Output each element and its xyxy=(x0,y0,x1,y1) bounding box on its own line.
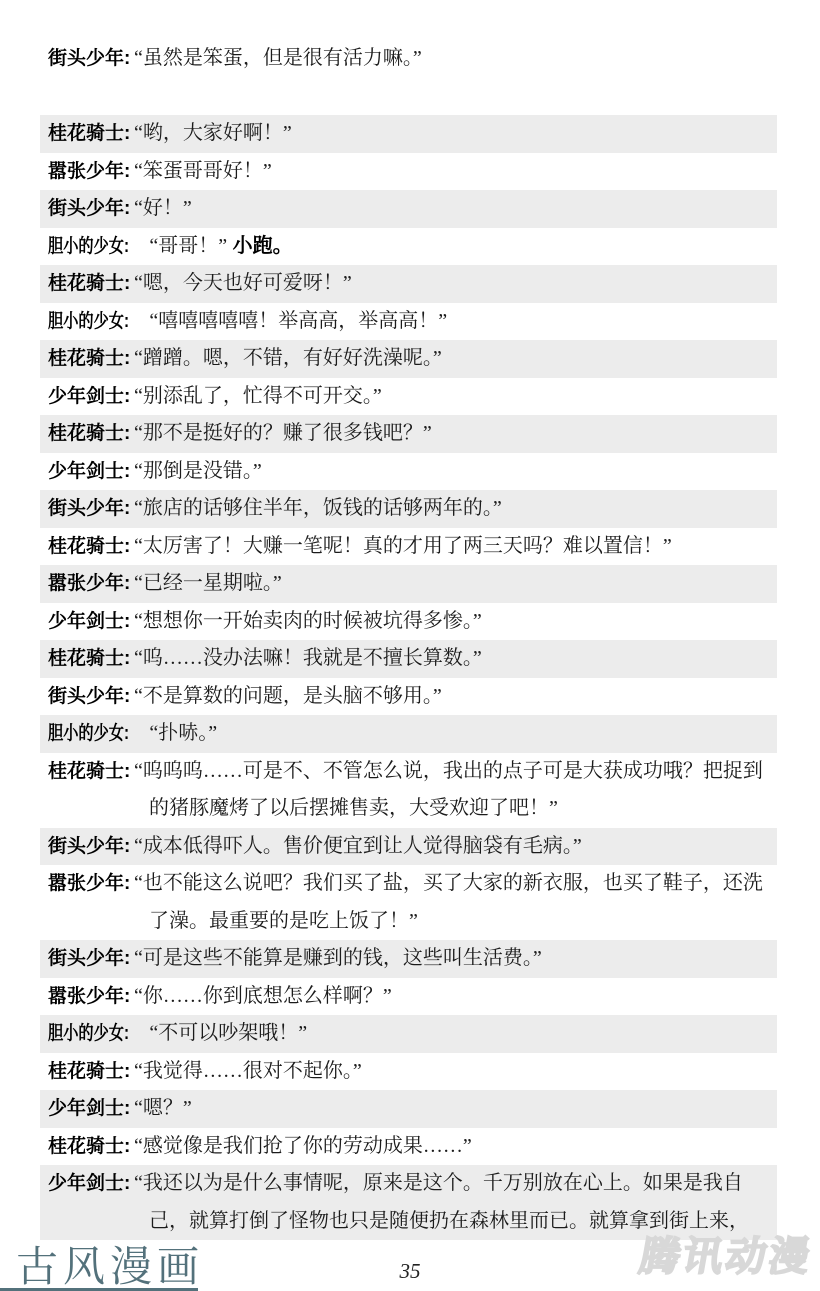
dialogue-row: 嚣张少年:“笨蛋哥哥好！” xyxy=(40,153,777,191)
dialogue-row: 桂花骑士:“哟，大家好啊！” xyxy=(40,115,777,153)
dialogue-text: “呜……没办法嘛！我就是不擅长算数。” xyxy=(134,640,777,678)
dialogue-text: “也不能这么说吧？我们买了盐，买了大家的新衣服，也买了鞋子，还洗了澡。最重要的是… xyxy=(134,865,777,940)
tencent-comics-watermark: 腾讯动漫 xyxy=(636,1237,815,1277)
dialogue-quote: “呜呜呜……可是不、不管怎么说，我出的点子可是大获成功哦？把捉到的猪豚魔烤了以后… xyxy=(134,760,763,820)
dialogue-text: “我还以为是什么事情呢，原来是这个。千万别放在心上。如果是我自己，就算打倒了怪物… xyxy=(134,1165,777,1240)
speaker-name: 胆小的少女: xyxy=(40,1015,149,1053)
dialogue-quote: “笨蛋哥哥好！” xyxy=(134,160,272,182)
dialogue-row: 桂花骑士:“呜……没办法嘛！我就是不擅长算数。” xyxy=(40,640,777,678)
dialogue-text: “嗯？” xyxy=(134,1090,777,1128)
dialogue-text: “可是这些不能算是赚到的钱，这些叫生活费。” xyxy=(134,940,777,978)
speaker-name: 街头少年: xyxy=(40,940,134,978)
speaker-name-text: 嚣张少年: xyxy=(48,865,130,903)
speaker-name: 少年剑士: xyxy=(40,453,134,491)
dialogue-quote: “我觉得……很对不起你。” xyxy=(134,1060,362,1082)
speaker-name-text: 嚣张少年: xyxy=(48,978,130,1016)
speaker-name-text: 嚣张少年: xyxy=(48,565,130,603)
speaker-name: 胆小的少女: xyxy=(40,715,149,753)
dialogue-quote: “那倒是没错。” xyxy=(134,460,262,482)
dialogue-quote: “那不是挺好的？赚了很多钱吧？” xyxy=(134,422,432,444)
dialogue-row: 桂花骑士:“感觉像是我们抢了你的劳动成果……” xyxy=(40,1128,777,1166)
dialogue-quote: “不是算数的问题，是头脑不够用。” xyxy=(134,685,442,707)
dialogue-row: 少年剑士:“我还以为是什么事情呢，原来是这个。千万别放在心上。如果是我自己，就算… xyxy=(40,1165,777,1240)
dialogue-quote: “别添乱了，忙得不可开交。” xyxy=(134,385,382,407)
dialogue-quote: “也不能这么说吧？我们买了盐，买了大家的新衣服，也买了鞋子，还洗了澡。最重要的是… xyxy=(134,872,763,932)
dialogue-row: 桂花骑士:“嗯，今天也好可爱呀！” xyxy=(40,265,777,303)
speaker-name-text: 桂花骑士: xyxy=(48,528,130,566)
dialogue-quote: “感觉像是我们抢了你的劳动成果……” xyxy=(134,1135,472,1157)
dialogue-row: 桂花骑士:“那不是挺好的？赚了很多钱吧？” xyxy=(40,415,777,453)
dialogue-row: 街头少年:“可是这些不能算是赚到的钱，这些叫生活费。” xyxy=(40,940,777,978)
dialogue-text: “那不是挺好的？赚了很多钱吧？” xyxy=(134,415,777,453)
speaker-name-text: 胆小的少女: xyxy=(48,228,129,266)
dialogue-row: 街头少年:“好！” xyxy=(40,190,777,228)
dialogue-text: “嘻嘻嘻嘻嘻！举高高，举高高！” xyxy=(149,303,777,341)
dialogue-row: 少年剑士:“嗯？” xyxy=(40,1090,777,1128)
speaker-name: 街头少年: xyxy=(40,828,134,866)
dialogue-text: “哥哥！” 小跑。 xyxy=(149,228,777,266)
speaker-name: 桂花骑士: xyxy=(40,640,134,678)
dialogue-quote: “呜……没办法嘛！我就是不擅长算数。” xyxy=(134,647,482,669)
dialogue-text: “太厉害了！大赚一笔呢！真的才用了两三天吗？难以置信！” xyxy=(134,528,777,566)
speaker-name: 少年剑士: xyxy=(40,603,134,641)
dialogue-row: 胆小的少女:“扑哧。” xyxy=(40,715,777,753)
dialogue-text: “已经一星期啦。” xyxy=(134,565,777,603)
dialogue-row: 少年剑士:“别添乱了，忙得不可开交。” xyxy=(40,378,777,416)
speaker-name-text: 桂花骑士: xyxy=(48,115,130,153)
dialogue-text: “旅店的话够住半年，饭钱的话够两年的。” xyxy=(134,490,777,528)
dialogue-text: “我觉得……很对不起你。” xyxy=(134,1053,777,1091)
speaker-name-text: 街头少年: xyxy=(48,678,130,716)
speaker-name-text: 少年剑士: xyxy=(48,453,130,491)
dialogue-row: 嚣张少年:“已经一星期啦。” xyxy=(40,565,777,603)
dialogue-row: 桂花骑士:“呜呜呜……可是不、不管怎么说，我出的点子可是大获成功哦？把捉到的猪豚… xyxy=(40,753,777,828)
dialogue-quote: “想想你一开始卖肉的时候被坑得多惨。” xyxy=(134,610,482,632)
dialogue-row: 街头少年:“成本低得吓人。售价便宜到让人觉得脑袋有毛病。” xyxy=(40,828,777,866)
speaker-name: 桂花骑士: xyxy=(40,340,134,378)
dialogue-text: “哟，大家好啊！” xyxy=(134,115,777,153)
dialogue-quote: “已经一星期啦。” xyxy=(134,572,282,594)
speaker-name-text: 桂花骑士: xyxy=(48,753,130,791)
dialogue-text: “那倒是没错。” xyxy=(134,453,777,491)
speaker-name: 桂花骑士: xyxy=(40,1128,134,1166)
dialogue-row: 胆小的少女:“嘻嘻嘻嘻嘻！举高高，举高高！” xyxy=(40,303,777,341)
dialogue-row: 桂花骑士:“太厉害了！大赚一笔呢！真的才用了两三天吗？难以置信！” xyxy=(40,528,777,566)
speaker-name: 胆小的少女: xyxy=(40,228,149,266)
speaker-name-text: 桂花骑士: xyxy=(48,640,130,678)
speaker-name: 桂花骑士: xyxy=(40,528,134,566)
dialogue-text: “呜呜呜……可是不、不管怎么说，我出的点子可是大获成功哦？把捉到的猪豚魔烤了以后… xyxy=(134,753,777,828)
dialogue-quote: “哟，大家好啊！” xyxy=(134,122,292,144)
speaker-name-text: 胆小的少女: xyxy=(48,715,129,753)
dialogue-text: “别添乱了，忙得不可开交。” xyxy=(134,378,777,416)
dialogue-row: 街头少年:“旅店的话够住半年，饭钱的话够两年的。” xyxy=(40,490,777,528)
dialogue-quote: “可是这些不能算是赚到的钱，这些叫生活费。” xyxy=(134,947,542,969)
dialogue-text: “好！” xyxy=(134,190,777,228)
speaker-name: 桂花骑士: xyxy=(40,265,134,303)
speaker-name: 桂花骑士: xyxy=(40,115,134,153)
speaker-name-text: 桂花骑士: xyxy=(48,415,130,453)
speaker-name: 街头少年: xyxy=(40,490,134,528)
dialogue-text: “不可以吵架哦！” xyxy=(149,1015,777,1053)
dialogue-quote: “成本低得吓人。售价便宜到让人觉得脑袋有毛病。” xyxy=(134,835,582,857)
dialogue-row: 桂花骑士:“我觉得……很对不起你。” xyxy=(40,1053,777,1091)
speaker-name: 嚣张少年: xyxy=(40,865,134,903)
dialogue-quote: “虽然是笨蛋，但是很有活力嘛。” xyxy=(134,47,422,69)
speaker-name-text: 少年剑士: xyxy=(48,1165,130,1203)
dialogue-quote: “不可以吵架哦！” xyxy=(149,1022,307,1044)
dialogue-text: “虽然是笨蛋，但是很有活力嘛。” xyxy=(134,40,777,78)
speaker-name: 桂花骑士: xyxy=(40,1053,134,1091)
stage-direction: 小跑。 xyxy=(227,235,293,257)
dialogue-row: 嚣张少年:“也不能这么说吧？我们买了盐，买了大家的新衣服，也买了鞋子，还洗了澡。… xyxy=(40,865,777,940)
dialogue-text: “感觉像是我们抢了你的劳动成果……” xyxy=(134,1128,777,1166)
dialogue-quote: “嘻嘻嘻嘻嘻！举高高，举高高！” xyxy=(149,310,447,332)
dialogue-text: “成本低得吓人。售价便宜到让人觉得脑袋有毛病。” xyxy=(134,828,777,866)
dialogue-text: “扑哧。” xyxy=(149,715,777,753)
dialogue-row: 嚣张少年:“你……你到底想怎么样啊？” xyxy=(40,978,777,1016)
dialogue-text: “不是算数的问题，是头脑不够用。” xyxy=(134,678,777,716)
dialogue-quote: “我还以为是什么事情呢，原来是这个。千万别放在心上。如果是我自己，就算打倒了怪物… xyxy=(134,1172,749,1232)
dialogue-row: 胆小的少女:“哥哥！” 小跑。 xyxy=(40,228,777,266)
dialogue-quote: “蹭蹭。嗯，不错，有好好洗澡呢。” xyxy=(134,347,442,369)
speaker-name-text: 桂花骑士: xyxy=(48,1053,130,1091)
speaker-name: 街头少年: xyxy=(40,678,134,716)
speaker-name-text: 嚣张少年: xyxy=(48,153,130,191)
speaker-name-text: 胆小的少女: xyxy=(48,1015,129,1053)
dialogue-quote: “哥哥！” xyxy=(149,235,227,257)
dialogue-row: 胆小的少女:“不可以吵架哦！” xyxy=(40,1015,777,1053)
speaker-name: 胆小的少女: xyxy=(40,303,149,341)
dialogue-text: “你……你到底想怎么样啊？” xyxy=(134,978,777,1016)
speaker-name-text: 街头少年: xyxy=(48,828,130,866)
speaker-name-text: 街头少年: xyxy=(48,940,130,978)
speaker-name: 少年剑士: xyxy=(40,1165,134,1203)
dialogue-quote: “太厉害了！大赚一笔呢！真的才用了两三天吗？难以置信！” xyxy=(134,535,672,557)
speaker-name: 街头少年: xyxy=(40,190,134,228)
dialogue-text: “嗯，今天也好可爱呀！” xyxy=(134,265,777,303)
dialogue-list: 街头少年:“虽然是笨蛋，但是很有活力嘛。”桂花骑士:“哟，大家好啊！”嚣张少年:… xyxy=(0,0,820,1240)
dialogue-text: “笨蛋哥哥好！” xyxy=(134,153,777,191)
dialogue-row: 桂花骑士:“蹭蹭。嗯，不错，有好好洗澡呢。” xyxy=(40,340,777,378)
dialogue-quote: “旅店的话够住半年，饭钱的话够两年的。” xyxy=(134,497,502,519)
speaker-name: 嚣张少年: xyxy=(40,978,134,1016)
dialogue-row: 街头少年:“不是算数的问题，是头脑不够用。” xyxy=(40,678,777,716)
dialogue-quote: “嗯，今天也好可爱呀！” xyxy=(134,272,352,294)
dialogue-quote: “嗯？” xyxy=(134,1097,192,1119)
speaker-name-text: 桂花骑士: xyxy=(48,265,130,303)
speaker-name-text: 街头少年: xyxy=(48,190,130,228)
speaker-name-text: 胆小的少女: xyxy=(48,303,129,341)
speaker-name-text: 桂花骑士: xyxy=(48,340,130,378)
speaker-name-text: 街头少年: xyxy=(48,490,130,528)
speaker-name: 桂花骑士: xyxy=(40,753,134,791)
dialogue-quote: “你……你到底想怎么样啊？” xyxy=(134,985,392,1007)
speaker-name: 少年剑士: xyxy=(40,1090,134,1128)
blank-line-spacer xyxy=(0,78,820,116)
speaker-name-text: 少年剑士: xyxy=(48,378,130,416)
speaker-name-text: 少年剑士: xyxy=(48,603,130,641)
speaker-name: 少年剑士: xyxy=(40,378,134,416)
speaker-name: 街头少年: xyxy=(40,40,134,78)
dialogue-row: 少年剑士:“想想你一开始卖肉的时候被坑得多惨。” xyxy=(40,603,777,641)
dialogue-text: “蹭蹭。嗯，不错，有好好洗澡呢。” xyxy=(134,340,777,378)
speaker-name-text: 街头少年: xyxy=(48,40,130,78)
dialogue-quote: “扑哧。” xyxy=(149,722,217,744)
dialogue-row: 少年剑士:“那倒是没错。” xyxy=(40,453,777,491)
speaker-name: 桂花骑士: xyxy=(40,415,134,453)
speaker-name-text: 少年剑士: xyxy=(48,1090,130,1128)
dialogue-text: “想想你一开始卖肉的时候被坑得多惨。” xyxy=(134,603,777,641)
speaker-name: 嚣张少年: xyxy=(40,153,134,191)
speaker-name-text: 桂花骑士: xyxy=(48,1128,130,1166)
speaker-name: 嚣张少年: xyxy=(40,565,134,603)
dialogue-quote: “好！” xyxy=(134,197,192,219)
dialogue-row: 街头少年:“虽然是笨蛋，但是很有活力嘛。” xyxy=(40,40,777,78)
